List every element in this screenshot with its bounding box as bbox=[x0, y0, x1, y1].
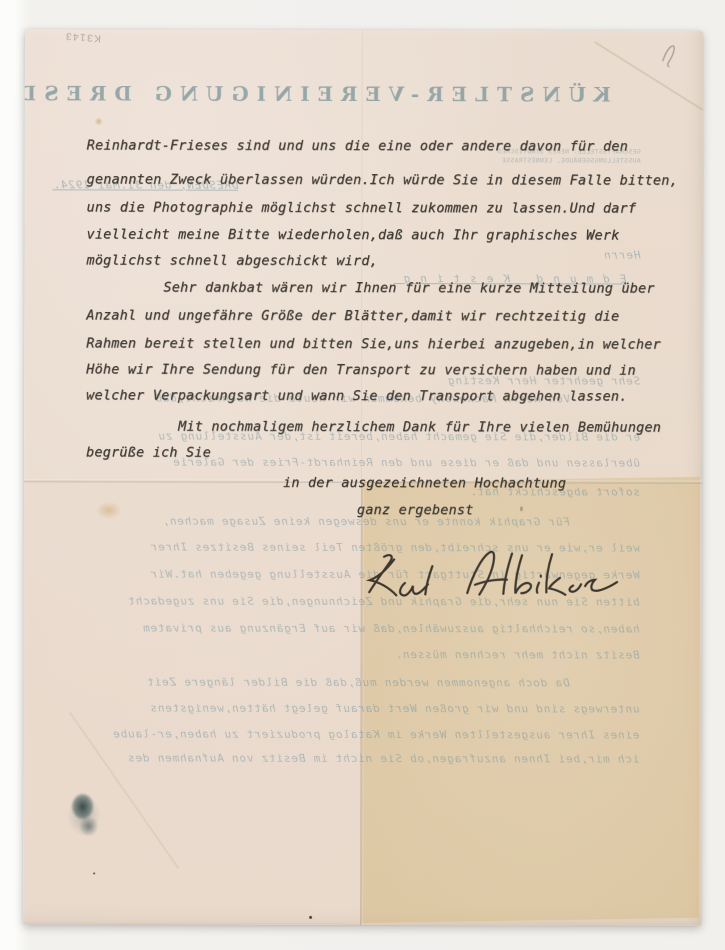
typed-line-2: genannten Zweck überlassen würden.Ich wü… bbox=[87, 171, 678, 188]
typed-line-8: Rahmen bereit stellen und bitten Sie,uns… bbox=[86, 335, 661, 352]
typed-line-5: möglichst schnell abgeschickt wird, bbox=[86, 252, 378, 269]
typed-line-11: Mit nochmaligem herzlichem Dank für Ihre… bbox=[178, 419, 661, 436]
paper-speck bbox=[520, 506, 523, 511]
bleedthrough-office-line: AUSSTELLUNGSGEBÄUDE, LENNÉSTRASSE bbox=[502, 156, 641, 164]
stain-spot bbox=[95, 117, 103, 125]
typed-line-3: uns die Photographie möglichst schnell z… bbox=[87, 199, 637, 216]
bleedthrough-line: eines Ihrer ausgestellten Werke im Katal… bbox=[112, 727, 639, 741]
typed-line-12: begrüße ich Sie bbox=[86, 444, 211, 460]
bleedthrough-line: haben,so reichhaltig auszuwählen,daß wir… bbox=[142, 622, 639, 636]
paper-speck bbox=[93, 872, 95, 874]
typed-line-1: Reinhardt-Frieses sind und uns die eine … bbox=[87, 137, 628, 154]
bleedthrough-line: ich mir,bei Ihnen anzufragen,ob Sie nich… bbox=[127, 752, 639, 766]
pencil-squiggle-mark bbox=[655, 39, 693, 69]
bleedthrough-line: überlassen und daß er diese und den Rein… bbox=[172, 456, 640, 470]
signature bbox=[354, 540, 626, 615]
typed-line-4: vielleicht meine Bitte wiederholen,daß a… bbox=[86, 226, 619, 243]
typed-line-6: Sehr dankbat wären wir Ihnen für eine ku… bbox=[163, 280, 654, 297]
letter-sheet: KÜNSTLER-VEREINIGUNG DRESDEN GESCHÄFTSST… bbox=[23, 29, 703, 925]
typed-line-7: Anzahl und ungefähre Größe der Blätter,d… bbox=[86, 307, 619, 324]
bleedthrough-line: Da doch angenommen werden muß,daß die Bi… bbox=[146, 676, 639, 690]
scan-background: { "scan": { "pencil_number": "K3143" }, … bbox=[0, 0, 725, 950]
bleedthrough-line: unterwegs sind und wir großen Wert darau… bbox=[150, 702, 640, 716]
stain-spot bbox=[96, 501, 122, 519]
paper-speck bbox=[309, 916, 312, 919]
bleedthrough-letterhead: KÜNSTLER-VEREINIGUNG DRESDEN bbox=[23, 81, 611, 106]
bleedthrough-line: Besitz nicht mehr rechnen müssen. bbox=[395, 648, 640, 662]
typed-line-9: Höhe wir Ihre Sendung für den Transport … bbox=[86, 361, 636, 378]
typed-line-14: ganz ergebenst bbox=[357, 502, 474, 518]
ink-blot bbox=[63, 785, 109, 851]
signature-ink bbox=[354, 540, 626, 611]
typed-line-10: welcher Verpackungsart und wann Sie den … bbox=[86, 387, 627, 404]
bleedthrough-recipient-title: Herrn bbox=[603, 249, 640, 262]
typed-line-13: in der ausgezeichneten Hochachtung bbox=[283, 475, 566, 492]
